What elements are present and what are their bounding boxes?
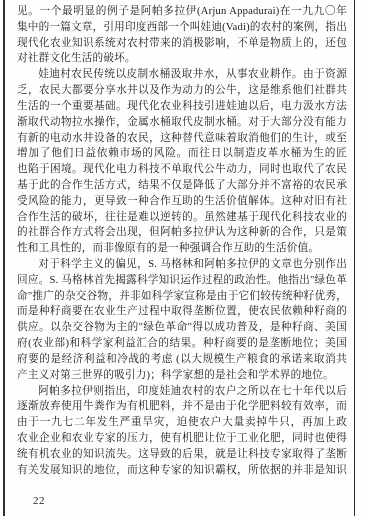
text-line: 供应。以杂交谷物为主的"绿色革命"得以成功普及，是种籽商、美国政 (17, 320, 347, 336)
text-line: 见。一个最明显的例子是阿帕多拉伊(Arjun Appadurai)在一九九〇年文 (17, 4, 347, 20)
book-page: 见。一个最明显的例子是阿帕多拉伊(Arjun Appadurai)在一九九〇年文… (0, 0, 366, 516)
text-line: 性和工具性的，而非像原有的是一种强调合作互助的生活价值。 (17, 241, 347, 257)
text-line: 现代化农业知识系统对农村带来的消极影响，不单是物质上的，还包括 (17, 36, 347, 52)
text-line: 合作生活的破坏，往往是难以逆转的。虽然建基于现代化科技农业的新 (17, 210, 347, 226)
text-line: 乏，农民大都要分享水井以及作为动力的公牛，这是维系他们社群共同 (17, 83, 347, 99)
text-line: 对于科学主义的偏见，S. 马格林和阿帕多拉伊的文章也分别作出 (17, 257, 347, 273)
text-line: 受风险的能力，更导致一种合作互助的生活价值解体。这种对旧有社群 (17, 194, 347, 210)
text-line: 农业企业和农业专家的压力，使有机肥让位于工业化肥，同时也使得传 (17, 431, 347, 447)
text-line: 由于一九七二年发生严重旱灾，迫使农户大量卖掉牛只，再加上政府、 (17, 415, 347, 431)
paragraph: 娃迪村农民传统以皮制水桶汲取井水，从事农业耕作。由于资源匮乏，农民大都要分享水井… (17, 67, 347, 257)
text-line: 渐取代动物拉水操作，金属水桶取代皮制水桶。对于大部分没有能力拥 (17, 115, 347, 131)
text-line: 基于此的合作生活方式，结果不仅是降低了大部分并不富裕的农民承 (17, 178, 347, 194)
text-line: 逐渐放弃使用牛粪作为有机肥料，并不是由于化学肥料较有效率，而是 (17, 399, 347, 415)
text-line: 产主义对第三世界的吸引力)；科学家想的是社会和学术界的地位。 (17, 368, 347, 384)
text-block: 见。一个最明显的例子是阿帕多拉伊(Arjun Appadurai)在一九九〇年文… (17, 4, 347, 478)
text-line: 阿帕多拉伊则指出，印度娃迪农村的农户之所以在七十年代以后 (17, 384, 347, 400)
paragraph: 阿帕多拉伊则指出，印度娃迪农村的农户之所以在七十年代以后逐渐放弃使用牛粪作为有机… (17, 384, 347, 479)
text-line: 统有机农业的知识流失。这导致的后果，就是让科技专家取得了垄断 (17, 447, 347, 463)
text-line: 有新的电动水井设备的农民，这种替代意味着取消他们的生计，或至少 (17, 131, 347, 147)
text-line: 集中的一篇文章，引用印度西部一个叫娃迪(Vadi)的农村的案例，指出 (17, 20, 347, 36)
text-line: 娃迪村农民传统以皮制水桶汲取井水，从事农业耕作。由于资源匮 (17, 67, 347, 83)
text-line: 增加了他们日益依赖市场的风险。而往日以制造皮革水桶为生的匠人， (17, 146, 347, 162)
text-line: 府要的是经济利益和冷战的考虑 (以大规模生产粮食的承诺来取消共 (17, 352, 347, 368)
text-line: 对社群文化生活的破坏。 (17, 51, 347, 67)
paragraph: 对于科学主义的偏见，S. 马格林和阿帕多拉伊的文章也分别作出回应。S. 马格林首… (17, 257, 347, 384)
text-line: 也陷于困境。现代化电力科技不单取代公牛动力，同时也取代了农民建 (17, 162, 347, 178)
text-line: 有关发展知识的地位，而这种专家的知识霸权，所依据的并非是知识本 (17, 463, 347, 479)
text-line: 命"推广的杂交谷物，并非如科学家宣称是由于它们较传统种籽优秀， (17, 289, 347, 305)
text-line: 回应。S. 马格林首先揭露科学知识运作过程的政治性。他指出"绿色革 (17, 273, 347, 289)
left-page-rule (3, 0, 5, 516)
text-line: 的社群合作方式将会出现，但阿帕多拉伊认为这种新的合作，只是策略 (17, 225, 347, 241)
right-page-rule (354, 0, 356, 516)
text-line: 生活的一个重要基础。现代化农业科技引进娃迪以后，电力汲水方法逐 (17, 99, 347, 115)
page-number: 22 (33, 495, 45, 507)
text-line: 府(农业部)和科学家利益汇合的结果。种籽商要的是垄断地位；美国政 (17, 336, 347, 352)
paragraph: 见。一个最明显的例子是阿帕多拉伊(Arjun Appadurai)在一九九〇年文… (17, 4, 347, 67)
text-line: 而是种籽商要在农业生产过程中取得垄断位置，使农民依赖种籽商的 (17, 304, 347, 320)
